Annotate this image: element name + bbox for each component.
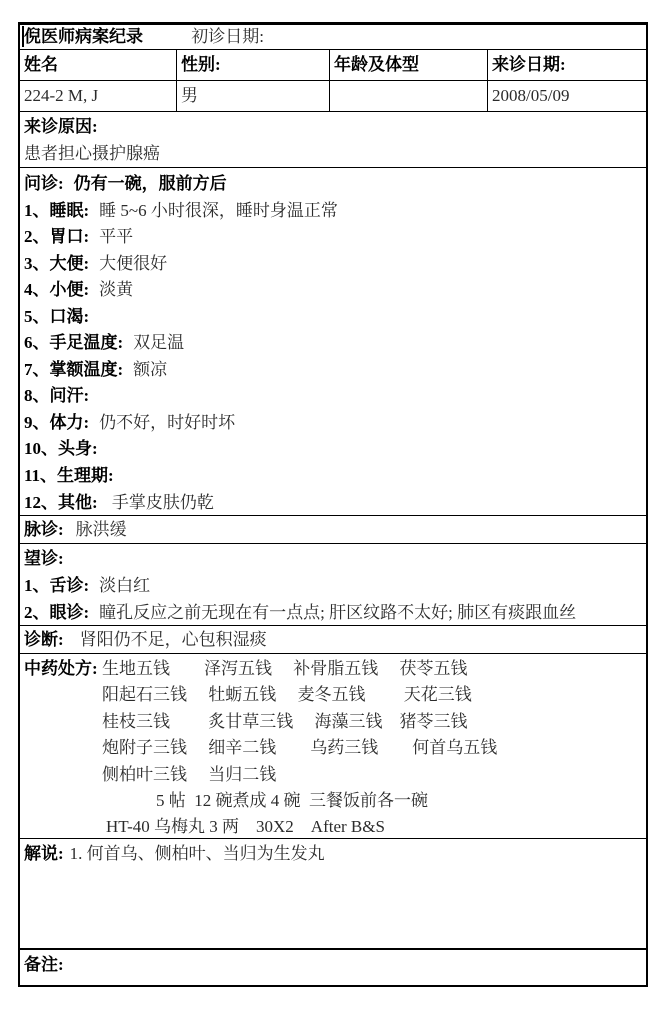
pulse-value: 脉洪缓 — [76, 520, 127, 539]
patient-age-value — [329, 81, 487, 111]
prescription-pill-line: HT-40 乌梅丸 3 两 30X2 After B&S — [106, 814, 642, 840]
inquiry-summary: 仍有一碗，服前方后 — [74, 174, 227, 193]
visit-reason-label: 来诊原因: — [24, 113, 642, 140]
inquiry-item-appetite: 2、胃口:平平 — [24, 224, 642, 251]
observation-section: 望诊: 1、舌诊:淡白红 2、眼诊:瞳孔反应之前无现在有一点点; 肝区纹路不太好… — [20, 543, 646, 625]
inquiry-item-sleep: 1、睡眠:睡 5~6 小时很深，睡时身温正常 — [24, 198, 642, 225]
inquiry-item-thirst: 5、口渴: — [24, 304, 642, 331]
inquiry-item-other: 12、其他: 手掌皮肤仍乾 — [24, 490, 642, 517]
explanation-label: 解说: — [24, 844, 64, 863]
name-label: 姓名 — [20, 50, 176, 80]
inquiry-item-energy: 9、体力:仍不好，时好时坏 — [24, 410, 642, 437]
title-row: 倪医师病案纪录 初诊日期: — [20, 25, 646, 49]
diagnosis-value: 肾阳仍不足，心包积湿痰 — [80, 630, 267, 649]
prescription-label: 中药处方: — [24, 656, 102, 682]
inquiry-item-head-body: 10、头身: — [24, 436, 642, 463]
inquiry-item-palm-forehead-temp: 7、掌额温度:额凉 — [24, 357, 642, 384]
visit-reason-section: 来诊原因: 患者担心摄护腺癌 — [20, 111, 646, 167]
diagnosis-section: 诊断:肾阳仍不足，心包积湿痰 — [20, 625, 646, 653]
visit-date-label: 来诊日期: — [487, 50, 646, 80]
visit-reason-value: 患者担心摄护腺癌 — [24, 140, 642, 167]
patient-name-value: 224-2 M, J — [20, 81, 176, 111]
prescription-line: 桂枝三钱 炙甘草三钱 海藻三钱 猪苓三钱 — [102, 709, 642, 735]
diagnosis-label: 诊断: — [24, 630, 64, 649]
prescription-line: 阳起石三钱 牡蛎五钱 麦冬五钱 天花三钱 — [102, 682, 642, 708]
inquiry-item-sweat: 8、问汗: — [24, 383, 642, 410]
explanation-section: 解说:1. 何首乌、侧柏叶、当归为生发丸 — [20, 838, 646, 948]
text-cursor — [22, 26, 24, 47]
medical-record-page: 倪医师病案纪录 初诊日期: 姓名 性别: 年龄及体型 来诊日期: 224-2 M… — [0, 0, 663, 1013]
observation-item-eye: 2、眼诊:瞳孔反应之前无现在有一点点; 肝区纹路不太好; 肺区有痰跟血丝 — [24, 599, 642, 626]
page-title: 倪医师病案纪录 — [24, 27, 143, 46]
gender-label: 性别: — [176, 50, 329, 80]
inquiry-heading: 问诊:仍有一碗，服前方后 — [24, 171, 642, 198]
pulse-label: 脉诊: — [24, 520, 64, 539]
observation-item-tongue: 1、舌诊:淡白红 — [24, 572, 642, 599]
prescription-line: 炮附子三钱 细辛二钱 乌药三钱 何首乌五钱 — [102, 735, 642, 761]
inquiry-item-urine: 4、小便:淡黄 — [24, 277, 642, 304]
inquiry-item-stool: 3、大便:大便很好 — [24, 251, 642, 278]
medical-record-table: 倪医师病案纪录 初诊日期: 姓名 性别: 年龄及体型 来诊日期: 224-2 M… — [18, 22, 648, 987]
age-body-type-label: 年龄及体型 — [329, 50, 487, 80]
inquiry-section: 问诊:仍有一碗，服前方后 1、睡眠:睡 5~6 小时很深，睡时身温正常 2、胃口… — [20, 167, 646, 515]
explanation-value: 1. 何首乌、侧柏叶、当归为生发丸 — [70, 844, 325, 863]
prescription-section: 中药处方: 生地五钱 泽泻五钱 补骨脂五钱 茯苓五钱 阳起石三钱 牡蛎五钱 麦冬… — [20, 653, 646, 838]
prescription-dosage-line: 5 帖 12 碗煮成 4 碗 三餐饭前各一碗 — [156, 788, 642, 814]
first-visit-date-label: 初诊日期: — [191, 27, 264, 46]
prescription-line: 生地五钱 泽泻五钱 补骨脂五钱 茯苓五钱 — [102, 656, 642, 682]
observation-label: 望诊: — [24, 545, 642, 572]
pulse-section: 脉诊:脉洪缓 — [20, 515, 646, 543]
prescription-line: 侧柏叶三钱 当归二钱 — [102, 762, 642, 788]
patient-visit-date-value: 2008/05/09 — [487, 81, 646, 111]
patient-gender-value: 男 — [176, 81, 329, 111]
notes-label: 备注: — [24, 955, 64, 974]
notes-section: 备注: — [20, 948, 646, 985]
patient-header-row: 姓名 性别: 年龄及体型 来诊日期: — [20, 49, 646, 80]
prescription-lines: 生地五钱 泽泻五钱 补骨脂五钱 茯苓五钱 阳起石三钱 牡蛎五钱 麦冬五钱 天花三… — [102, 656, 642, 841]
inquiry-item-limb-temp: 6、手足温度:双足温 — [24, 330, 642, 357]
patient-values-row: 224-2 M, J 男 2008/05/09 — [20, 80, 646, 111]
inquiry-item-menstruation: 11、生理期: — [24, 463, 642, 490]
inquiry-label: 问诊: — [24, 174, 64, 193]
